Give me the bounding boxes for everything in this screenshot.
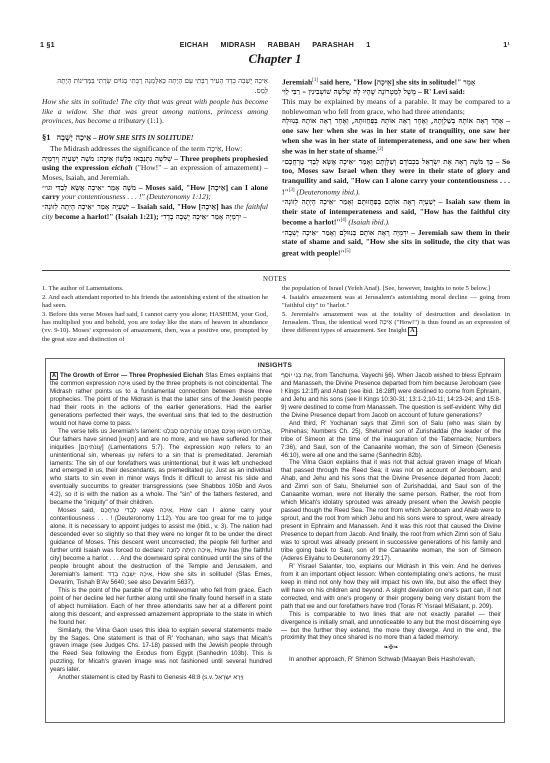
- insight-text: Sfas Emes explains that the common expre…: [50, 372, 272, 427]
- passage-hebrew: שְׁלשָׁה נִתְנַבְּאוּ בְּלָשׁוֹן אֵיכָה:…: [42, 154, 172, 163]
- footnote-ref: [1]: [312, 78, 318, 83]
- midrash-passage-6: This may be explained by means of a para…: [282, 97, 510, 116]
- midrash-passage-8: כָּךְ מֹשֶׁה רָאָה אֶת יִשְׂרָאֵל בִּכְב…: [282, 157, 510, 197]
- verse-citation: (1:1).: [147, 116, 164, 125]
- note-2: 2. And each attendant reported to his fr…: [42, 294, 268, 310]
- passage-citation: (Deuteronomy ibid.).: [297, 187, 361, 196]
- note-4: 4. Isaiah's amazement was at Jerusalem's…: [282, 294, 510, 310]
- notes-divider: [42, 270, 510, 271]
- running-head-right: 1¹: [503, 40, 510, 49]
- passage-english-bold: – Isaiah said, "How [אֵיכָה] has: [131, 202, 232, 211]
- note-3-continued: the population of Israel (Yefeh Anaf). […: [282, 285, 510, 293]
- passage-hebrew: יִרְמְיָה רָאָה אוֹתָם בְּנִוּוּלָם וְאָ…: [282, 228, 408, 237]
- verse-hebrew: אֵיכָה יָשְׁבָה בָדָד הָעִיר רַבָּתִי עָ…: [42, 76, 268, 96]
- insights-column-left: AThe Growth of Error — Three Prophesied …: [50, 372, 272, 682]
- insight-reference-link[interactable]: A: [408, 327, 416, 336]
- insight-paragraph: אֶת בְּנֵי יוֹסֵף, from Tanchuma, Vayech…: [281, 372, 501, 420]
- notes-column-left: 1. The author of Lamentations. 2. And ea…: [42, 285, 268, 345]
- insight-paragraph: AThe Growth of Error — Three Prophesied …: [50, 372, 272, 428]
- insights-title: INSIGHTS: [0, 362, 550, 369]
- note-5: 5. Jeremiah's amazement was at the total…: [282, 311, 510, 336]
- running-head-center: EICHAH MIDRASH RABBAH PARASHAH 1: [40, 40, 510, 49]
- insight-heading: The Growth of Error — Three Prophesied E…: [60, 372, 203, 379]
- midrash-passage-2: מֹשֶׁה אָמַר ״אֵיכָה אֶשָּׂא לְבַדִּי וג…: [42, 183, 268, 202]
- insight-paragraph: Similarly, the Vilna Gaon uses this idea…: [50, 627, 272, 675]
- passage-hebrew: מֹשֶׁה אָמַר ״אֵיכָה אֶשָּׂא לְבַדִּי וג…: [42, 183, 136, 192]
- passage-hebrew: כָּךְ מֹשֶׁה רָאָה אֶת יִשְׂרָאֵל בִּכְב…: [282, 157, 493, 166]
- section-intro: The Midrash addresses the significance o…: [42, 144, 268, 154]
- insight-paragraph: In another approach, R' Shimon Schwab (M…: [281, 656, 501, 664]
- section-hebrew-heading: אֵיכָה יָשְׁבָה: [57, 132, 92, 142]
- verse-english: How she sits in solitude! The city that …: [42, 97, 268, 126]
- passage-hebrew: מָשָׁל לְמַטְרוֹנָה שֶׁהָיוּ לָהּ שְׁלשָ…: [282, 87, 416, 96]
- passage-english-italic: eichah: [111, 163, 132, 172]
- insight-paragraph: The verse tells us Jeremiah's lament: אֲ…: [50, 428, 272, 508]
- midrash-passage-9: יְשַׁעְיָה רָאָה אוֹתָם בְּפַחֲזוּתָם וְ…: [282, 197, 510, 228]
- passage-hebrew-next: יִרְמְיָה אָמַר ״אֵיכָה יָשְׁבָה בָדָד״: [161, 212, 242, 221]
- midrash-passage-5: מָשָׁל לְמַטְרוֹנָה שֶׁהָיוּ לָהּ שְׁלשָ…: [282, 87, 510, 97]
- section-ornament-icon: ❧✠❧: [281, 645, 501, 653]
- footnote-ref: [5]: [345, 249, 351, 254]
- insight-paragraph: R' Yisrael Salanter, too, explains our M…: [281, 563, 501, 611]
- midrash-passage-1: שְׁלשָׁה נִתְנַבְּאוּ בְּלָשׁוֹן אֵיכָה:…: [42, 154, 268, 183]
- insight-tag: A: [50, 372, 58, 380]
- passage-citation: (Isaiah ibid.).: [348, 218, 390, 227]
- footnote-ref: [3]: [289, 188, 295, 193]
- insight-paragraph: Another statement is cited by Rashi to G…: [50, 674, 272, 682]
- midrash-passage-3: יְשַׁעְיָה אָמַר ״אֵיכָה הָיְתָה לְזוֹנָ…: [42, 202, 268, 221]
- passage-dash: –: [243, 212, 247, 221]
- section-heading: §1 אֵיכָה יָשְׁבָה – HOW SHE SITS IN SOL…: [42, 133, 268, 144]
- passage-english-italic: your contentiousness . . . !": [62, 192, 145, 201]
- passage-hebrew: יְשַׁעְיָה אָמַר ״אֵיכָה הָיְתָה לְזוֹנָ…: [42, 202, 129, 211]
- section-number: §1: [42, 132, 51, 142]
- insight-paragraph: This is the point of the parable of the …: [50, 587, 272, 627]
- chapter-title: Chapter 1: [0, 51, 550, 67]
- midrash-passage-10: יִרְמְיָה רָאָה אוֹתָם בְּנִוּוּלָם וְאָ…: [282, 228, 510, 259]
- passage-english: – R' Levi said:: [418, 87, 465, 96]
- passage-english-rest: (Deuteronomy 1:12);: [146, 192, 210, 201]
- main-column-left: אֵיכָה יָשְׁבָה בָדָד הָעִיר רַבָּתִי עָ…: [42, 76, 268, 221]
- main-column-right: Jeremiah[1] said here, "How [אֵיכָה] she…: [282, 76, 510, 258]
- section-english-heading: – HOW SHE SITS IN SOLITUDE!: [93, 135, 193, 142]
- passage-english: said here, "How [אֵיכָה] she sits in sol…: [320, 78, 461, 87]
- notes-title: NOTES: [0, 276, 550, 283]
- footnote-ref: [4]: [341, 218, 347, 223]
- passage-english-rest: become a harlot!" (Isaiah 1:21);: [55, 212, 159, 221]
- note-1: 1. The author of Lamentations.: [42, 285, 268, 293]
- passage-hebrew: אֶחָד רָאָה אוֹתָהּ בְּשַׁלְוָתָהּ, וְאֶ…: [282, 116, 503, 125]
- insight-paragraph: This is comparable to two lines that are…: [281, 611, 501, 643]
- note-3: 3. Before this verse Moses had said, I c…: [42, 311, 268, 343]
- passage-hebrew: יְשַׁעְיָה רָאָה אוֹתָם בְּפַחֲזוּתָם וְ…: [282, 197, 436, 206]
- midrash-passage-4: Jeremiah[1] said here, "How [אֵיכָה] she…: [282, 76, 510, 87]
- note-5-text: 5. Jeremiah's amazement was at the total…: [282, 311, 510, 334]
- passage-bold-name: Jeremiah: [282, 78, 312, 87]
- insight-paragraph: The Vilna Gaon explains that it was not …: [281, 459, 501, 562]
- insight-paragraph: Moses said, אֵיכָה אֶשָּׂא לְבַדִּי טָרְ…: [50, 507, 272, 587]
- passage-hebrew: אָמַר: [463, 78, 475, 87]
- footnote-ref: [2]: [377, 147, 383, 152]
- midrash-passage-7: אֶחָד רָאָה אוֹתָהּ בְּשַׁלְוָתָהּ, וְאֶ…: [282, 116, 510, 156]
- insights-column-right: אֶת בְּנֵי יוֹסֵף, from Tanchuma, Vayech…: [281, 372, 501, 664]
- insight-paragraph: And third, R' Yochanan says that Zimri s…: [281, 420, 501, 460]
- notes-column-right: the population of Israel (Yefeh Anaf). […: [282, 285, 510, 337]
